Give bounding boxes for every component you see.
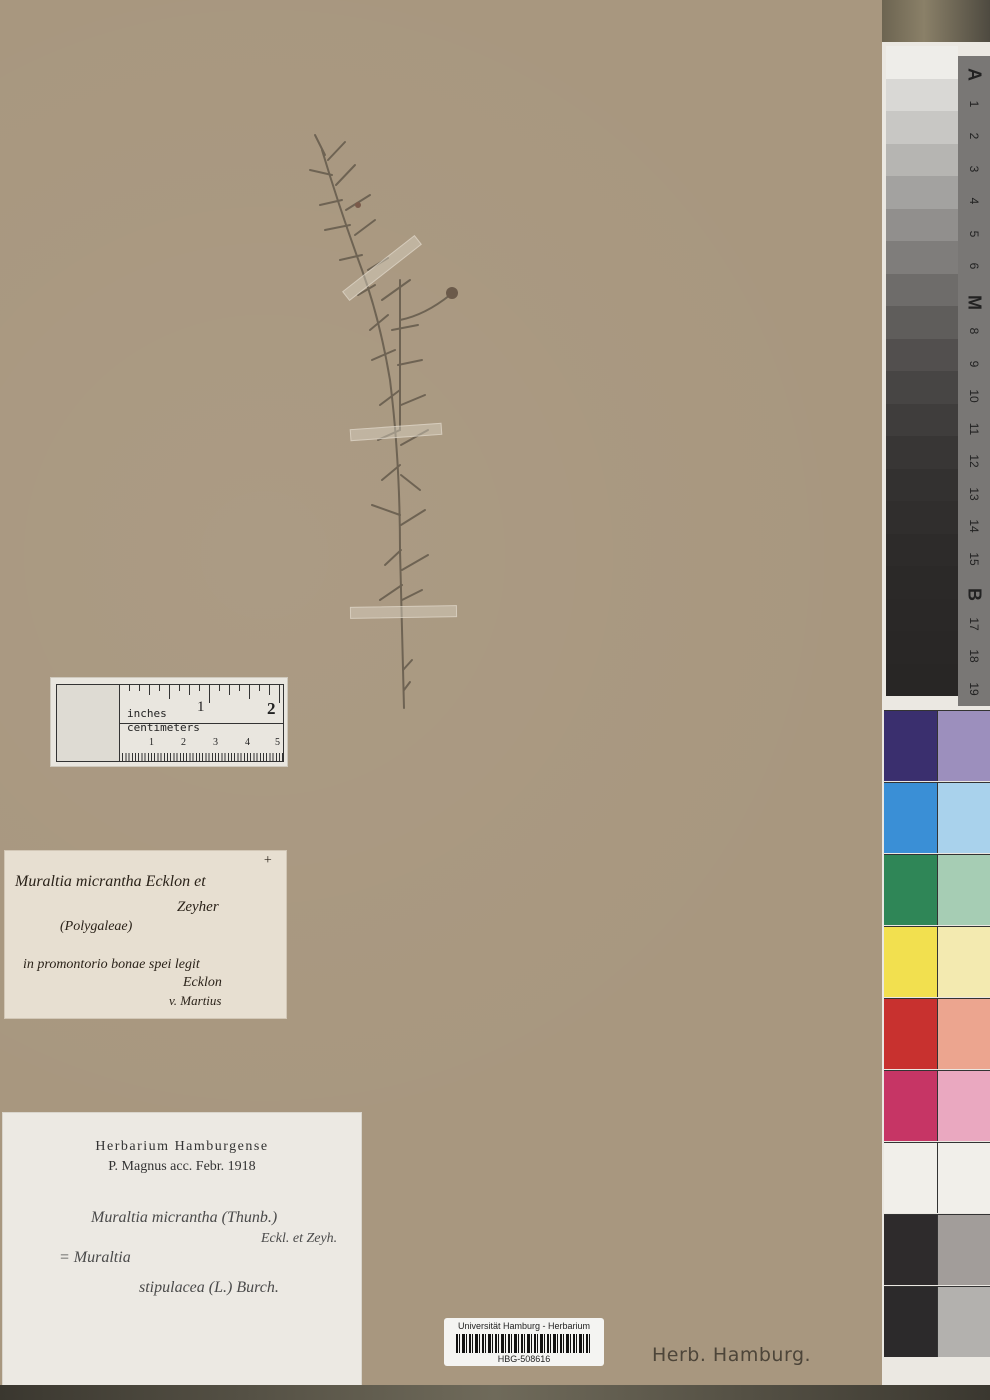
- gray-patch: [886, 209, 958, 242]
- gray-patch: [886, 501, 958, 534]
- gray-patch: [886, 306, 958, 339]
- background-bottom: [0, 1385, 990, 1400]
- gray-patch: [886, 274, 958, 307]
- color-patch-row: [884, 1214, 990, 1285]
- locality-text: in promontorio bonae spei legit: [23, 957, 200, 973]
- color-patch: [884, 927, 938, 997]
- gray-scale-patches: [886, 46, 958, 696]
- accession-text: P. Magnus acc. Febr. 1918: [3, 1159, 361, 1175]
- gray-scale-label: 10: [967, 380, 981, 412]
- color-patch: [884, 855, 938, 925]
- color-patch: [884, 783, 938, 853]
- color-patch: [938, 1071, 990, 1141]
- gray-scale-label: 13: [967, 478, 981, 510]
- color-patch: [938, 999, 990, 1069]
- herbarium-sheet: 1 2 inches centimeters 1 2 3 4 5 Muralti…: [0, 0, 882, 1388]
- gray-patch: [886, 436, 958, 469]
- gray-scale-label: 17: [967, 608, 981, 640]
- gray-patch: [886, 664, 958, 697]
- herbarium-title: Herbarium Hamburgense: [3, 1139, 361, 1155]
- background-top-right: [880, 0, 990, 42]
- inch-mark-2: 2: [267, 699, 276, 719]
- herbarium-stamp: Herb. Hamburg.: [652, 1344, 811, 1366]
- gray-patch: [886, 631, 958, 664]
- centimeters-label: centimeters: [127, 721, 200, 734]
- color-patch: [884, 1287, 938, 1357]
- color-patch: [938, 855, 990, 925]
- cm-mark: 5: [275, 737, 280, 748]
- gray-scale-label: 11: [967, 413, 981, 445]
- color-patch: [938, 1215, 990, 1285]
- gray-patch: [886, 79, 958, 112]
- gray-patch: [886, 371, 958, 404]
- color-patch: [884, 1143, 938, 1213]
- gray-scale-label: 19: [967, 673, 981, 705]
- determination-line-4: stipulacea (L.) Burch.: [139, 1279, 279, 1297]
- gray-patch: [886, 176, 958, 209]
- gray-scale-labels: A123456M89101112131415B171819: [958, 56, 990, 706]
- family-name: (Polygaleae): [60, 919, 132, 935]
- color-patch-row: [884, 1070, 990, 1141]
- gray-scale-label: 4: [967, 185, 981, 217]
- gray-scale-label: B: [964, 579, 985, 611]
- gray-patch: [886, 566, 958, 599]
- scale-ruler-label: 1 2 inches centimeters 1 2 3 4 5: [50, 677, 288, 767]
- determination-line-2: Eckl. et Zeyh.: [261, 1231, 337, 1247]
- color-patch-row: [884, 854, 990, 925]
- color-patch-row: [884, 1142, 990, 1213]
- gray-scale-label: 5: [967, 218, 981, 250]
- gray-patch: [886, 144, 958, 177]
- inch-mark-1: 1: [197, 699, 205, 716]
- gray-patch: [886, 46, 958, 79]
- color-patch-row: [884, 1286, 990, 1357]
- color-patch: [884, 1071, 938, 1141]
- cm-mark: 1: [149, 737, 154, 748]
- color-patch: [884, 999, 938, 1069]
- color-patch-row: [884, 998, 990, 1069]
- color-patch: [884, 711, 938, 781]
- gray-scale-label: 15: [967, 543, 981, 575]
- barcode-institution: Universität Hamburg - Herbarium: [444, 1321, 604, 1331]
- determination-line-1: Muraltia micrantha (Thunb.): [91, 1209, 277, 1227]
- determination-line-3: = Muraltia: [59, 1249, 131, 1267]
- color-patch-row: [884, 926, 990, 997]
- original-collection-label: Muraltia micrantha Ecklon et + Zeyher (P…: [4, 850, 287, 1019]
- gray-scale-label: A: [964, 59, 985, 91]
- gray-patch: [886, 241, 958, 274]
- cm-mark: 2: [181, 737, 186, 748]
- color-patch: [884, 1215, 938, 1285]
- gray-patch: [886, 469, 958, 502]
- color-patch-row: [884, 782, 990, 853]
- gray-scale-label: 1: [967, 88, 981, 120]
- gray-scale-label: 2: [967, 120, 981, 152]
- dagger-mark: +: [263, 853, 272, 869]
- gray-scale-label: 8: [967, 315, 981, 347]
- herbarium-hamburgense-label: Herbarium Hamburgense P. Magnus acc. Feb…: [2, 1112, 362, 1386]
- gray-scale-label: 6: [967, 250, 981, 282]
- gray-scale-label: 12: [967, 445, 981, 477]
- gray-patch: [886, 599, 958, 632]
- gray-patch: [886, 534, 958, 567]
- color-patch-row: [884, 710, 990, 781]
- inches-label: inches: [127, 707, 167, 720]
- ruler-blank-area: [57, 685, 120, 761]
- color-patch: [938, 1143, 990, 1213]
- color-patch: [938, 1287, 990, 1357]
- gray-scale-label: 3: [967, 153, 981, 185]
- color-calibration-chart: A123456M89101112131415B171819: [882, 42, 990, 1388]
- color-patch: [938, 927, 990, 997]
- cm-mark: 4: [245, 737, 250, 748]
- source-text: v. Martius: [169, 993, 221, 1009]
- gray-patch: [886, 404, 958, 437]
- barcode-label: Universität Hamburg - Herbarium HBG-5086…: [444, 1318, 604, 1366]
- gray-patch: [886, 111, 958, 144]
- author-zeyher: Zeyher: [177, 899, 219, 916]
- gray-scale-label: M: [964, 286, 985, 318]
- barcode-id: HBG-508616: [444, 1354, 604, 1364]
- gray-scale-label: 18: [967, 640, 981, 672]
- gray-patch: [886, 339, 958, 372]
- plant-specimen: [300, 130, 480, 720]
- tape-strip: [350, 605, 457, 619]
- gray-scale-label: 9: [967, 348, 981, 380]
- taxon-name-original: Muraltia micrantha Ecklon et: [15, 873, 206, 891]
- cm-mark: 3: [213, 737, 218, 748]
- color-patch: [938, 711, 990, 781]
- barcode-icon: [456, 1334, 592, 1353]
- gray-scale-label: 14: [967, 510, 981, 542]
- collector-name: Ecklon: [183, 975, 222, 991]
- color-patch: [938, 783, 990, 853]
